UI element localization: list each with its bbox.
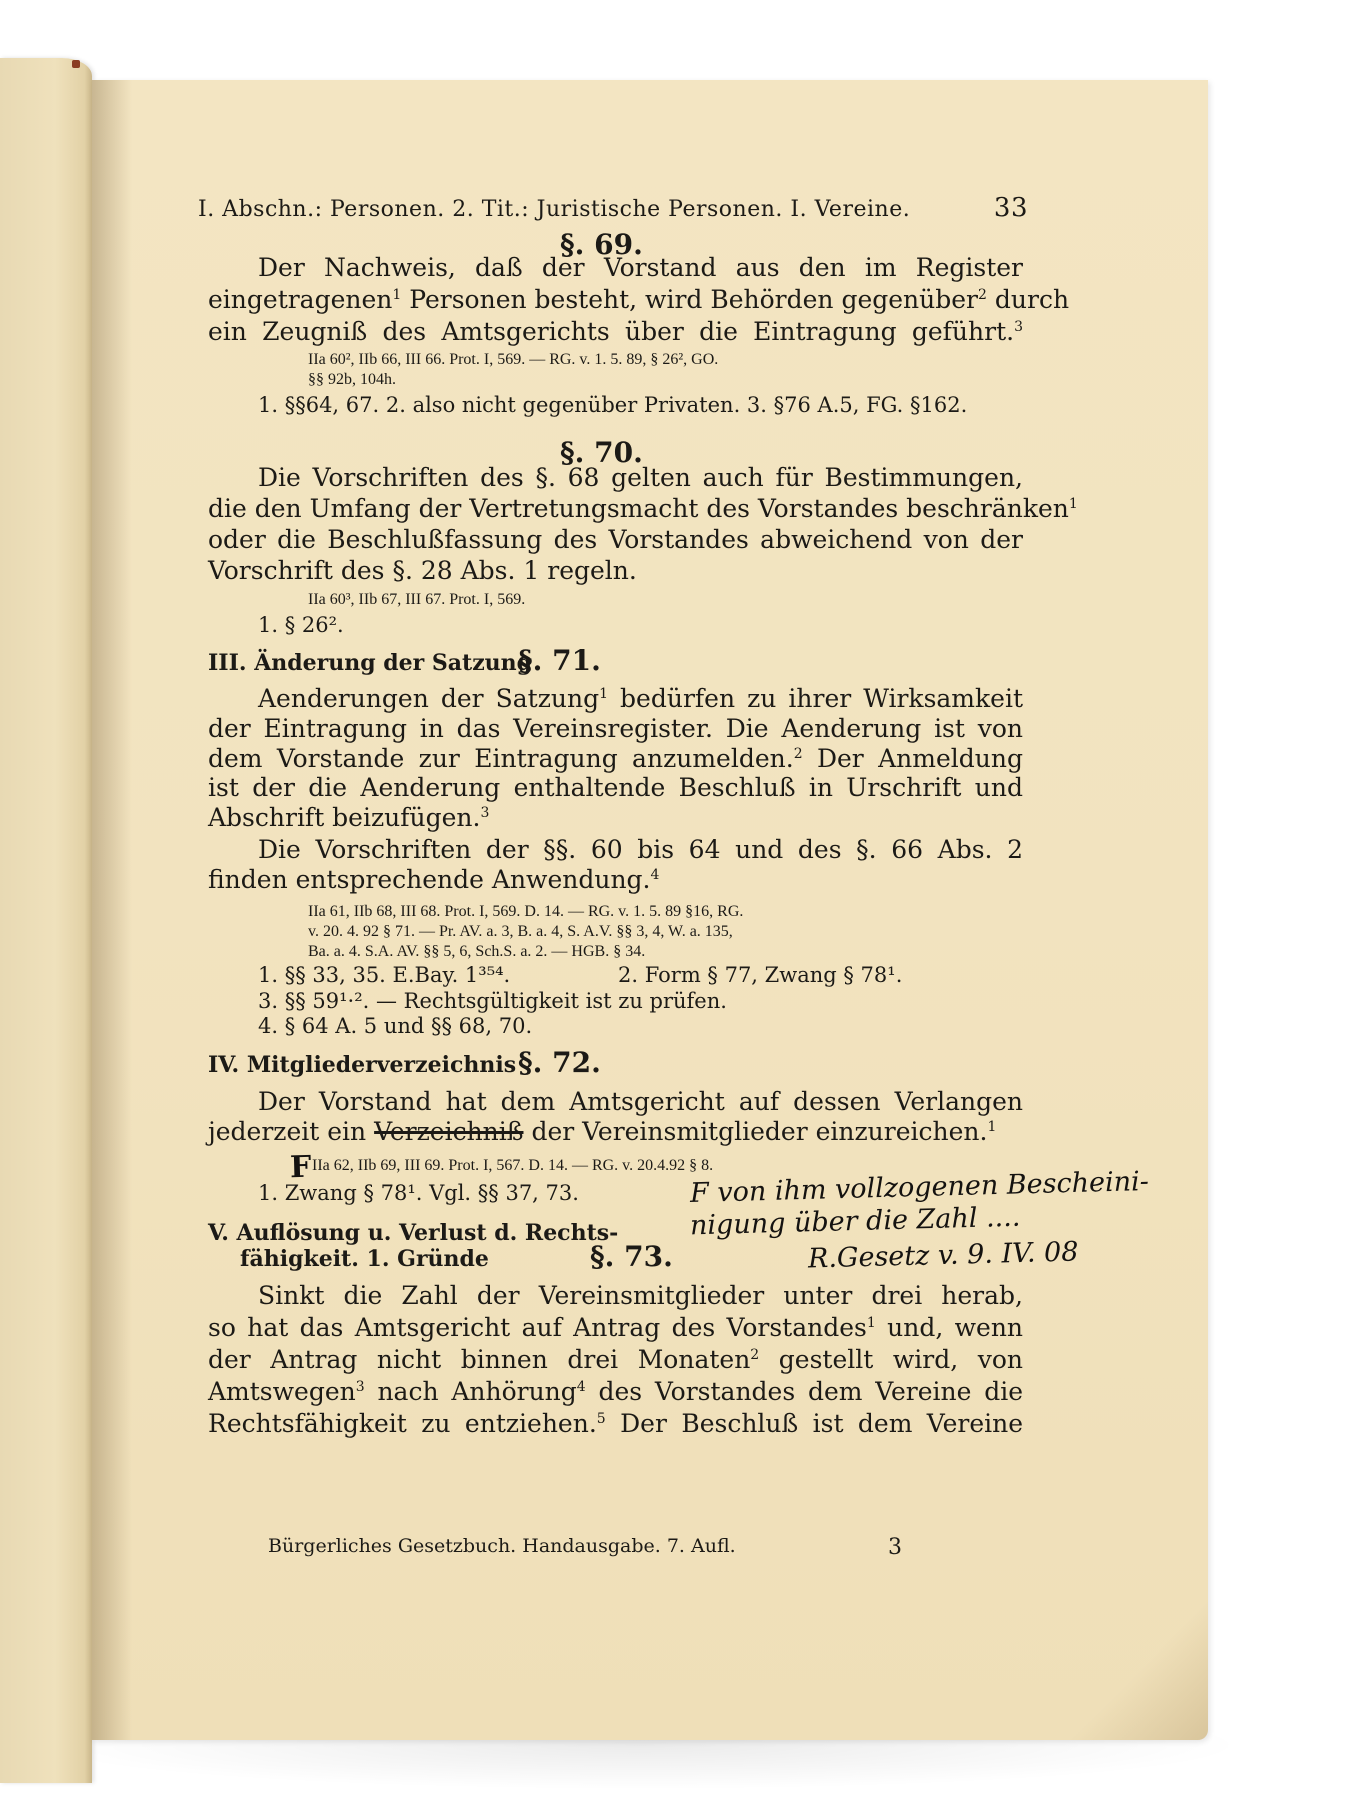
section-72-line-1: Der Vorstand hat dem Amtsgericht auf des…	[258, 1086, 1023, 1118]
running-head-text: I. Abschn.: Personen. 2. Tit.: Juristisc…	[198, 197, 910, 222]
section-73-line-5: Rechtsfähigkeit zu entziehen.5 Der Besch…	[208, 1408, 1023, 1440]
section-73-title: §. 73.	[590, 1240, 673, 1273]
section-71-note-4: 4. § 64 A. 5 und §§ 68, 70.	[258, 1013, 532, 1039]
section-72-ref: IIa 62, IIb 69, III 69. Prot. I, 567. D.…	[312, 1156, 713, 1176]
section-71-ref-1: IIa 61, IIb 68, III 68. Prot. I, 569. D.…	[308, 902, 743, 922]
page-number: 33	[994, 193, 1028, 223]
section-71-line-7: finden entsprechende Anwendung.4	[208, 864, 1023, 896]
section-69-line-1: Der Nachweis, daß der Vorstand aus den i…	[258, 252, 1023, 284]
section-71-line-2: der Eintragung in das Vereinsregister. D…	[208, 713, 1023, 745]
section-73-heading-1: V. Auflösung u. Verlust d. Rechts-	[208, 1220, 618, 1246]
section-70-line-4: Vorschrift des §. 28 Abs. 1 regeln.	[208, 555, 1023, 587]
section-69-notes: 1. §§64, 67. 2. also nicht gegenüber Pri…	[258, 392, 967, 418]
section-71-line-6: Die Vorschriften der §§. 60 bis 64 und d…	[258, 834, 1023, 866]
section-71-ref-3: Ba. a. 4. S.A. AV. §§ 5, 6, Sch.S. a. 2.…	[308, 942, 645, 962]
section-72-line-2: jederzeit ein Verzeichniß der Vereinsmit…	[208, 1116, 1023, 1148]
section-73-line-2: so hat das Amtsgericht auf Antrag des Vo…	[208, 1312, 1023, 1344]
section-73-line-1: Sinkt die Zahl der Vereinsmitglieder unt…	[258, 1280, 1023, 1312]
section-69-line-3: ein Zeugniß des Amtsgerichts über die Ei…	[208, 316, 1023, 348]
footer-signature: Bürgerliches Gesetzbuch. Handausgabe. 7.…	[268, 1535, 736, 1557]
page-gutter	[92, 80, 132, 1740]
section-70-ref: IIa 60³, IIb 67, III 67. Prot. I, 569.	[308, 590, 525, 610]
section-71-note-1: 1. §§ 33, 35. E.Bay. 1³⁵⁴.2. Form § 77, …	[258, 962, 510, 988]
section-70-line-2: die den Umfang der Vertretungsmacht des …	[208, 493, 1023, 525]
section-73-line-4: Amtswegen3 nach Anhörung4 des Vorstandes…	[208, 1376, 1023, 1408]
left-page-edge	[0, 58, 92, 1783]
section-71-line-3: dem Vorstande zur Eintragung anzumelden.…	[208, 743, 1023, 775]
section-71-line-1: Aenderungen der Satzung1 bedürfen zu ihr…	[258, 683, 1023, 715]
section-70-line-3: oder die Beschlußfassung des Vorstandes …	[208, 524, 1023, 556]
struck-word: Verzeichniß	[374, 1117, 523, 1146]
section-71-line-4: ist der die Aenderung enthaltende Beschl…	[208, 772, 1023, 804]
section-73-line-3: der Antrag nicht binnen drei Monaten2 ge…	[208, 1344, 1023, 1376]
sheet-number: 3	[888, 1535, 902, 1560]
section-69-line-2: eingetragenen1 Personen besteht, wird Be…	[208, 284, 1023, 316]
section-71-line-5: Abschrift beizufügen.3	[208, 802, 1023, 834]
section-71-ref-2: v. 20. 4. 92 § 71. — Pr. AV. a. 3, B. a.…	[308, 922, 733, 942]
bookmark-ribbon	[72, 60, 80, 68]
section-72-heading: IV. Mitgliederverzeichnis §. 72.	[208, 1052, 516, 1078]
running-head: I. Abschn.: Personen. 2. Tit.: Juristisc…	[198, 193, 1028, 223]
section-71-title: §. 71.	[518, 644, 601, 677]
section-72-title: §. 72.	[518, 1046, 601, 1079]
section-70-notes: 1. § 26².	[258, 612, 344, 638]
section-71-heading: III. Änderung der Satzung §. 71.	[208, 650, 532, 676]
section-69-ref-1: IIa 60², IIb 66, III 66. Prot. I, 569. —…	[308, 350, 718, 370]
section-69-ref-2: §§ 92b, 104h.	[308, 370, 396, 390]
section-70-line-1: Die Vorschriften des §. 68 gelten auch f…	[258, 462, 1023, 494]
section-72-notes: 1. Zwang § 78¹. Vgl. §§ 37, 73.	[258, 1180, 579, 1206]
section-73-heading-2: fähigkeit. 1. Gründe §. 73.	[240, 1246, 489, 1272]
section-71-note-3: 3. §§ 59¹·². — Rechtsgültigkeit ist zu p…	[258, 988, 727, 1014]
